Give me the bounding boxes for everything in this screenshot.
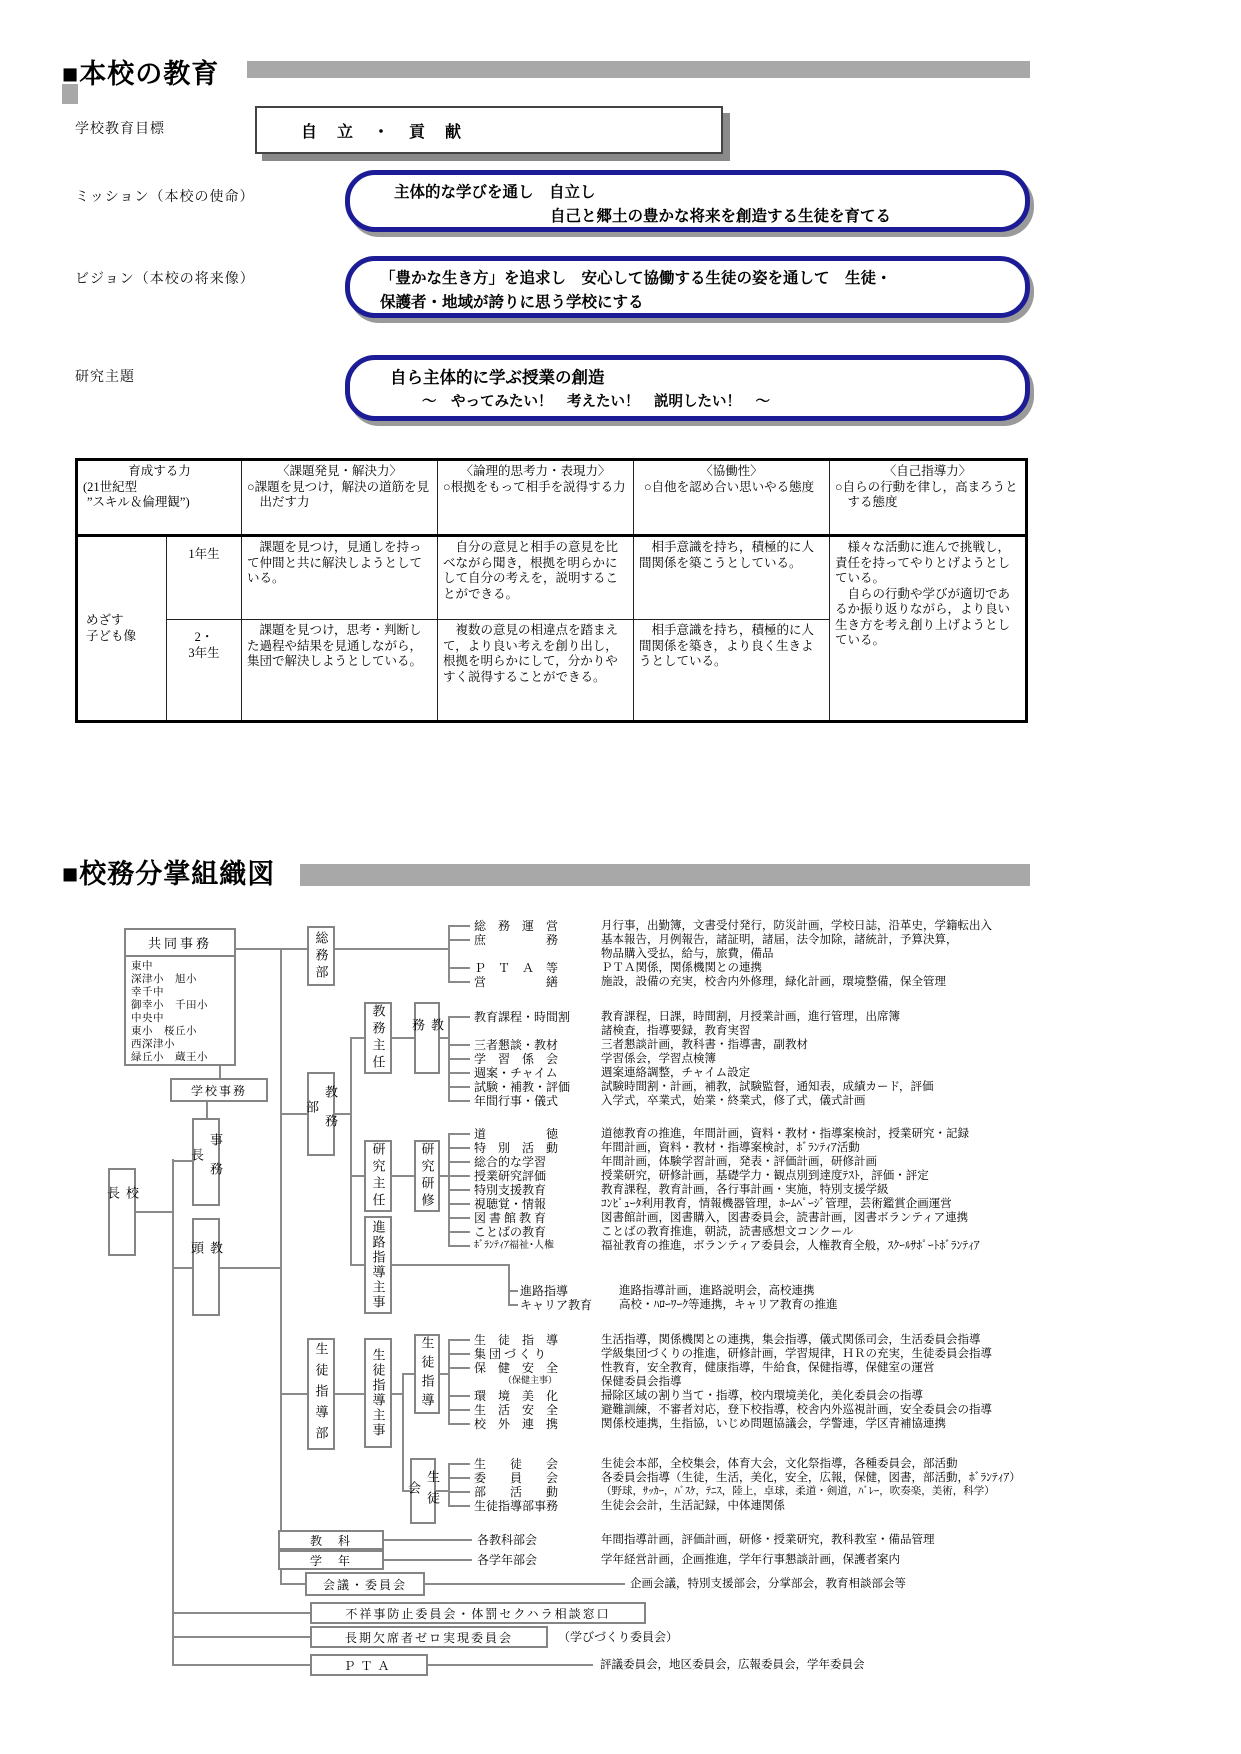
self-guidance-merged-cell: 様々な活動に進んで挑戦し，責任を持ってやりとげようとしている。 自らの行動や学び… xyxy=(830,536,1027,722)
org-item: 視聴覚・情報ｺﾝﾋﾟｭｰﾀ利用教育，情報機器管理，ﾎｰﾑﾍﾟｰｼﾞ管理，芸術鑑賞… xyxy=(474,1197,1094,1211)
col-header-problem-solving: 〈課題発見・解決力〉 ○課題を見つけ，解決の道筋を見出だす力 xyxy=(242,460,438,536)
connector-line xyxy=(508,1264,510,1306)
connector-line xyxy=(392,1175,414,1177)
col-header-collaboration: 〈協働性〉 ○自他を認め合い思いやる態度 xyxy=(634,460,830,536)
connector-line xyxy=(448,1423,470,1425)
goal-box: 自 立 ・ 貢 献 xyxy=(255,106,723,154)
connector-line xyxy=(350,1037,352,1266)
connector-line xyxy=(448,967,470,969)
connector-line xyxy=(350,1264,364,1266)
mission-box: 主体的な学びを通し 自立し 自己と郷土の豊かな将来を創造する生徒を育てる xyxy=(345,170,1030,232)
connector-line xyxy=(136,1211,172,1213)
connector-line xyxy=(350,1175,364,1177)
grade-levels-box: 学 年 xyxy=(278,1550,384,1570)
corner-line1: 育成する力 xyxy=(83,464,236,480)
connector-line xyxy=(392,1264,508,1266)
org-item: 道 徳道徳教育の推進，年間計画，資料・教材・指導案検討，授業研究・記録 xyxy=(474,1127,1094,1141)
research-line1: 自ら主体的に学ぶ授業の創造 xyxy=(350,366,1025,390)
general-affairs-dept-box: 総務部 xyxy=(307,926,335,986)
connector-line xyxy=(448,1086,470,1088)
org-item: 部 活 動（野球，ｻｯｶｰ，ﾊﾞｽｹ，ﾃﾆｽ，陸上，卓球，柔道・剣道，ﾊﾞﾚｰ，… xyxy=(474,1485,1094,1499)
research-chief-box: 研究主任 xyxy=(364,1140,392,1212)
org-item: 生 徒 指 導生活指導，関係機関との連携，集会指導，儀式関係司会，生活委員会指導 xyxy=(474,1333,1094,1347)
connector-line xyxy=(448,1058,470,1060)
org-item: キャリア教育高校・ﾊﾛｰﾜｰｸ等連携，キャリア教育の推進 xyxy=(520,1298,1140,1312)
student-guidance-items: 生 徒 指 導生活指導，関係機関との連携，集会指導，儀式関係司会，生活委員会指導… xyxy=(474,1333,1094,1431)
vision-line2: 保護者・地域が誇りに思う学校にする xyxy=(350,291,1025,315)
connector-line xyxy=(448,1353,470,1355)
grade23-problem-cell: 課題を見つけ，思考・判断した過程や結果を見通しながら，集団で解決しようとしている… xyxy=(242,620,438,722)
org-item: 保 健 安 全（保健主事） 性教育，安全教育，健康指導，牛給食，保健指導，保健室… xyxy=(474,1361,1094,1389)
org-item: 総合的な学習年間計画，体験学習計画，発表・評価計画，研修計画 xyxy=(474,1155,1094,1169)
connector-line xyxy=(448,1072,470,1074)
col-header-logical-thinking: 〈論理的思考力・表現力〉 ○根拠をもって相手を説得する力 xyxy=(438,460,634,536)
connector-line xyxy=(172,1159,174,1666)
org-item: 総 務 運 営月行事，出勤簿，文書受付発行，防災計画，学校日誌，沿革史，学籍転出… xyxy=(474,919,1094,933)
org-item: 教育課程・時間割教育課程，日課，時間割，月授業計画，進行管理，出席簿 諸検査，指… xyxy=(474,1010,1094,1038)
org-item: 進路指導進路指導計画，進路説明会，高校連携 xyxy=(520,1284,1140,1298)
org-item: 特別支援教育教育課程，教育計画，各行事計画・実施，特別支援学級 xyxy=(474,1183,1094,1197)
connector-line xyxy=(206,1102,208,1118)
connector-line xyxy=(448,1016,470,1018)
subjects-item: 各教科部会年間指導計画，評価計画，研修・授業研究，教科教室・備品管理 xyxy=(477,1533,1097,1547)
connector-line xyxy=(384,1539,472,1541)
org-item: 年間行事・儀式入学式，卒業式，始業・終業式，修了式，儀式計画 xyxy=(474,1094,1094,1108)
connector-line xyxy=(448,1044,470,1046)
connector-line xyxy=(440,1373,448,1375)
joint-office-box: 共同事務 東中 深津小 旭小 幸千中 御幸小 千田小 中央中 東小 桜丘小 西深… xyxy=(124,928,236,1066)
org-item: 校 外 連 携関係校連携，生指協，いじめ問題協議会，学警連，学区青補協連携 xyxy=(474,1417,1094,1431)
research-box: 自ら主体的に学ぶ授業の創造 ～ やってみたい！ 考えたい！ 説明したい！ ～ xyxy=(345,355,1030,421)
connector-line xyxy=(402,1373,414,1375)
org-item: 学 習 係 会学習係会，学習点検簿 xyxy=(474,1052,1094,1066)
mission-line2: 自己と郷土の豊かな将来を創造する生徒を育てる xyxy=(350,205,1025,229)
connector-line xyxy=(448,1147,470,1149)
zero-absence-committee-box: 長期欠席者ゼロ実現委員会 xyxy=(310,1626,548,1648)
student-guidance-chief-box: 生徒指導主事 xyxy=(364,1338,392,1448)
org-item: 特 別 活 動年間計画，資料・教材・指導案検討，ﾎﾞﾗﾝﾃｨｱ活動 xyxy=(474,1141,1094,1155)
org-item: 試験・補教・評価試験時間割・計画，補教，試験監督，通知表，成績カード，評価 xyxy=(474,1080,1094,1094)
connector-line xyxy=(448,1409,470,1411)
connector-line xyxy=(448,981,470,983)
health-chief-sublabel: （保健主事） xyxy=(474,1375,586,1386)
org-item: 生 徒 会生徒会本部，全校集会，体育大会，文化祭指導，各種委員会，部活動 xyxy=(474,1457,1094,1471)
connector-line xyxy=(448,1231,470,1233)
connector-line xyxy=(508,1304,518,1306)
connector-line xyxy=(392,1393,402,1395)
vision-box: 「豊かな生き方」を追求し 安心して協働する生徒の姿を通して 生徒・ 保護者・地域… xyxy=(345,256,1030,318)
connector-line xyxy=(448,1175,470,1177)
connector-line xyxy=(448,925,470,927)
research-training-items: 道 徳道徳教育の推進，年間計画，資料・教材・指導案検討，授業研究・記録 特 別 … xyxy=(474,1127,1094,1253)
goal-value: 自 立 ・ 貢 献 xyxy=(301,119,463,142)
grade1-problem-cell: 課題を見つけ，見通しを持って仲間と共に解決しようとしている。 xyxy=(242,536,438,620)
connector-line xyxy=(448,1367,470,1369)
connector-line xyxy=(448,1245,470,1247)
connector-line xyxy=(335,948,450,950)
connector-line xyxy=(448,1217,470,1219)
subjects-box: 教 科 xyxy=(278,1530,384,1550)
org-item: 営 繕施設，設備の充実，校舎内外修理，緑化計画，環境整備，保全管理 xyxy=(474,975,1094,989)
research-label: 研究主題 xyxy=(75,366,135,386)
org-item: 集 団 づ く り学級集団づくりの推進，研修計画，学習規律，ＨＲの充実，生徒委員… xyxy=(474,1347,1094,1361)
org-item: Ｐ Ｔ Ａ 等ＰＴＡ関係，関係機関との連携 xyxy=(474,961,1094,975)
connector-line xyxy=(448,1491,470,1493)
career-guidance-items: 進路指導進路指導計画，進路説明会，高校連携 キャリア教育高校・ﾊﾛｰﾜｰｸ等連携… xyxy=(520,1284,1140,1312)
org-item: ことばの教育ことばの教育推進，朝読，読書感想文コンクール xyxy=(474,1225,1094,1239)
student-council-box: 生徒会 xyxy=(410,1458,436,1524)
org-item: ﾎﾞﾗﾝﾃｨｱ福祉･人権福祉教育の推進，ボランティア委員会，人権教育全般，ｽｸｰ… xyxy=(474,1239,1094,1253)
grade23-collab-cell: 相手意識を持ち，積極的に人間関係を築き，より良く生きようとしている。 xyxy=(634,620,830,722)
vision-line1: 「豊かな生き方」を追求し 安心して協働する生徒の姿を通して 生徒・ xyxy=(350,267,1025,291)
grade1-collab-cell: 相手意識を持ち，積極的に人間関係を築こうとしている。 xyxy=(634,536,830,620)
academic-affairs-dept-box: 教務部 xyxy=(307,1072,335,1156)
student-council-items: 生 徒 会生徒会本部，全校集会，体育大会，文化祭指導，各種委員会，部活動 委 員… xyxy=(474,1457,1094,1513)
connector-line xyxy=(236,948,307,950)
connector-line xyxy=(448,1395,470,1397)
connector-line xyxy=(448,1203,470,1205)
connector-line xyxy=(448,925,450,983)
grade-1-label: 1年生 xyxy=(167,536,242,620)
ability-table: 育成する力 (21世紀型 ”スキル＆倫理観”) 〈課題発見・解決力〉 ○課題を見… xyxy=(75,458,1028,723)
org-item: 環 境 美 化掃除区域の割り当て・指導，校内環境美化，美化委員会の指導 xyxy=(474,1389,1094,1403)
connector-line xyxy=(448,1161,470,1163)
corner-line2: (21世紀型 xyxy=(83,480,236,496)
pta-desc: 評議委員会，地区委員会，広報委員会，学年委員会 xyxy=(600,1658,865,1672)
pta-box: ＰＴＡ xyxy=(310,1654,428,1676)
connector-line xyxy=(440,1175,448,1177)
connector-line xyxy=(172,1636,310,1638)
connector-line xyxy=(428,1664,593,1666)
corner-line3: ”スキル＆倫理観”) xyxy=(83,495,236,511)
connector-line xyxy=(172,1664,310,1666)
research-line2: ～ やってみたい！ 考えたい！ 説明したい！ ～ xyxy=(350,390,1025,414)
research-training-box: 研究研修 xyxy=(414,1140,440,1212)
document-page: ■本校の教育 学校教育目標 自 立 ・ 貢 献 ミッション（本校の使命） 主体的… xyxy=(0,0,1241,1754)
school-list: 東中 深津小 旭小 幸千中 御幸小 千田小 中央中 東小 桜丘小 西深津小 緑丘… xyxy=(126,957,234,1067)
col-header-self-guidance: 〈自己指導力〉 ○自らの行動を律し，高まろうとする態度 xyxy=(830,460,1027,536)
title-bar-decoration xyxy=(247,61,1030,78)
connector-line xyxy=(172,1612,310,1614)
misconduct-prevention-box: 不祥事防止委員会・体罰セクハラ相談窓口 xyxy=(310,1602,646,1624)
grade-23-label: 2・ 3年生 xyxy=(167,620,242,722)
vice-principal-box: 教頭 xyxy=(192,1218,220,1316)
org-item: 庶 務基本報告，月例報告，諸証明，諸届，法令加除，諸統計，予算決算， 物品購入受… xyxy=(474,933,1094,961)
title-bar2-decoration xyxy=(300,864,1030,886)
connector-line xyxy=(448,1463,450,1507)
joint-office-title: 共同事務 xyxy=(126,930,234,957)
zero-absence-note: （学びづくり委員会） xyxy=(558,1630,678,1644)
connector-line xyxy=(448,1339,470,1341)
connector-line xyxy=(448,1463,470,1465)
general-affairs-items: 総 務 運 営月行事，出勤簿，文書受付発行，防災計画，学校日誌，沿革史，学籍転出… xyxy=(474,919,1094,989)
school-office-box: 学校事務 xyxy=(170,1078,268,1102)
student-guidance-box: 生徒指導 xyxy=(414,1334,440,1414)
org-item: 図 書 館 教 育図書館計画，図書購入，図書委員会，読書計画，図書ボランティア連… xyxy=(474,1211,1094,1225)
mission-label: ミッション（本校の使命） xyxy=(75,186,254,206)
student-guidance-dept-box: 生徒指導部 xyxy=(307,1338,335,1450)
row-group-label: めざす 子ども像 xyxy=(77,536,167,722)
office-manager-box: 事務長 xyxy=(192,1118,220,1206)
grade-levels-item: 各学年部会学年経営計画，企画推進，学年行事懇談計画，保護者案内 xyxy=(477,1553,1097,1567)
connector-line xyxy=(335,1393,364,1395)
connector-line xyxy=(448,1133,470,1135)
org-item: 週案・チャイム週案連絡調整，チャイム設定 xyxy=(474,1066,1094,1080)
section-title-org-chart: ■校務分掌組織図 xyxy=(62,852,275,891)
connector-line xyxy=(280,948,282,1584)
connector-line xyxy=(448,939,470,941)
connector-line xyxy=(448,1100,470,1102)
mission-line1: 主体的な学びを通し 自立し xyxy=(350,181,1025,205)
meetings-committees-box: 会議・委員会 xyxy=(305,1572,425,1596)
academic-affairs-chief-box: 教務主任 xyxy=(364,1002,392,1074)
meetings-committees-desc: 企画会議，特別支援部会，分掌部会，教育相談部会等 xyxy=(630,1577,906,1591)
section-title-education: ■本校の教育 xyxy=(62,52,219,91)
academic-affairs-box: 教務 xyxy=(414,1002,440,1074)
connector-line xyxy=(448,1505,470,1507)
connector-line xyxy=(425,1583,625,1585)
principal-box: 校長 xyxy=(108,1168,136,1256)
connector-line xyxy=(280,1583,305,1585)
connector-line xyxy=(448,1477,470,1479)
career-guidance-chief-box: 進路指導主事 xyxy=(364,1216,392,1314)
connector-line xyxy=(448,1189,470,1191)
vision-label: ビジョン（本校の将来像） xyxy=(75,268,255,288)
org-item: 三者懇談・教材三者懇談計画，教科書・指導書，副教材 xyxy=(474,1038,1094,1052)
grade1-logic-cell: 自分の意見と相手の意見を比べながら聞き，根拠を明らかにして自分の考えを，説明する… xyxy=(438,536,634,620)
connector-line xyxy=(220,1267,280,1269)
academic-affairs-items: 教育課程・時間割教育課程，日課，時間割，月授業計画，進行管理，出席簿 諸検査，指… xyxy=(474,1010,1094,1108)
org-item: 委 員 会各委員会指導（生徒，生活，美化，安全，広報，保健，図書，部活動，ﾎﾞﾗ… xyxy=(474,1471,1094,1485)
goal-label: 学校教育目標 xyxy=(75,118,165,138)
connector-line xyxy=(280,1393,307,1395)
connector-line xyxy=(508,1290,518,1292)
connector-line xyxy=(219,1066,221,1078)
table-corner-cell: 育成する力 (21世紀型 ”スキル＆倫理観”) xyxy=(77,460,242,536)
grade23-logic-cell: 複数の意見の相違点を踏まえて，より良い考えを創り出し，根拠を明らかにして，分かり… xyxy=(438,620,634,722)
connector-line xyxy=(350,1037,364,1039)
org-item: 授業研究評価授業研究，研修計画，基礎学力・観点別到達度ﾃｽﾄ，評価・評定 xyxy=(474,1169,1094,1183)
connector-line xyxy=(448,1339,450,1425)
org-item: 生徒指導部事務生徒会会計，生活記録，中体連関係 xyxy=(474,1499,1094,1513)
org-item: 生 活 安 全避難訓練，不審者対応，登下校指導，校舎内外巡視計画，安全委員会の指… xyxy=(474,1403,1094,1417)
connector-line xyxy=(384,1559,472,1561)
